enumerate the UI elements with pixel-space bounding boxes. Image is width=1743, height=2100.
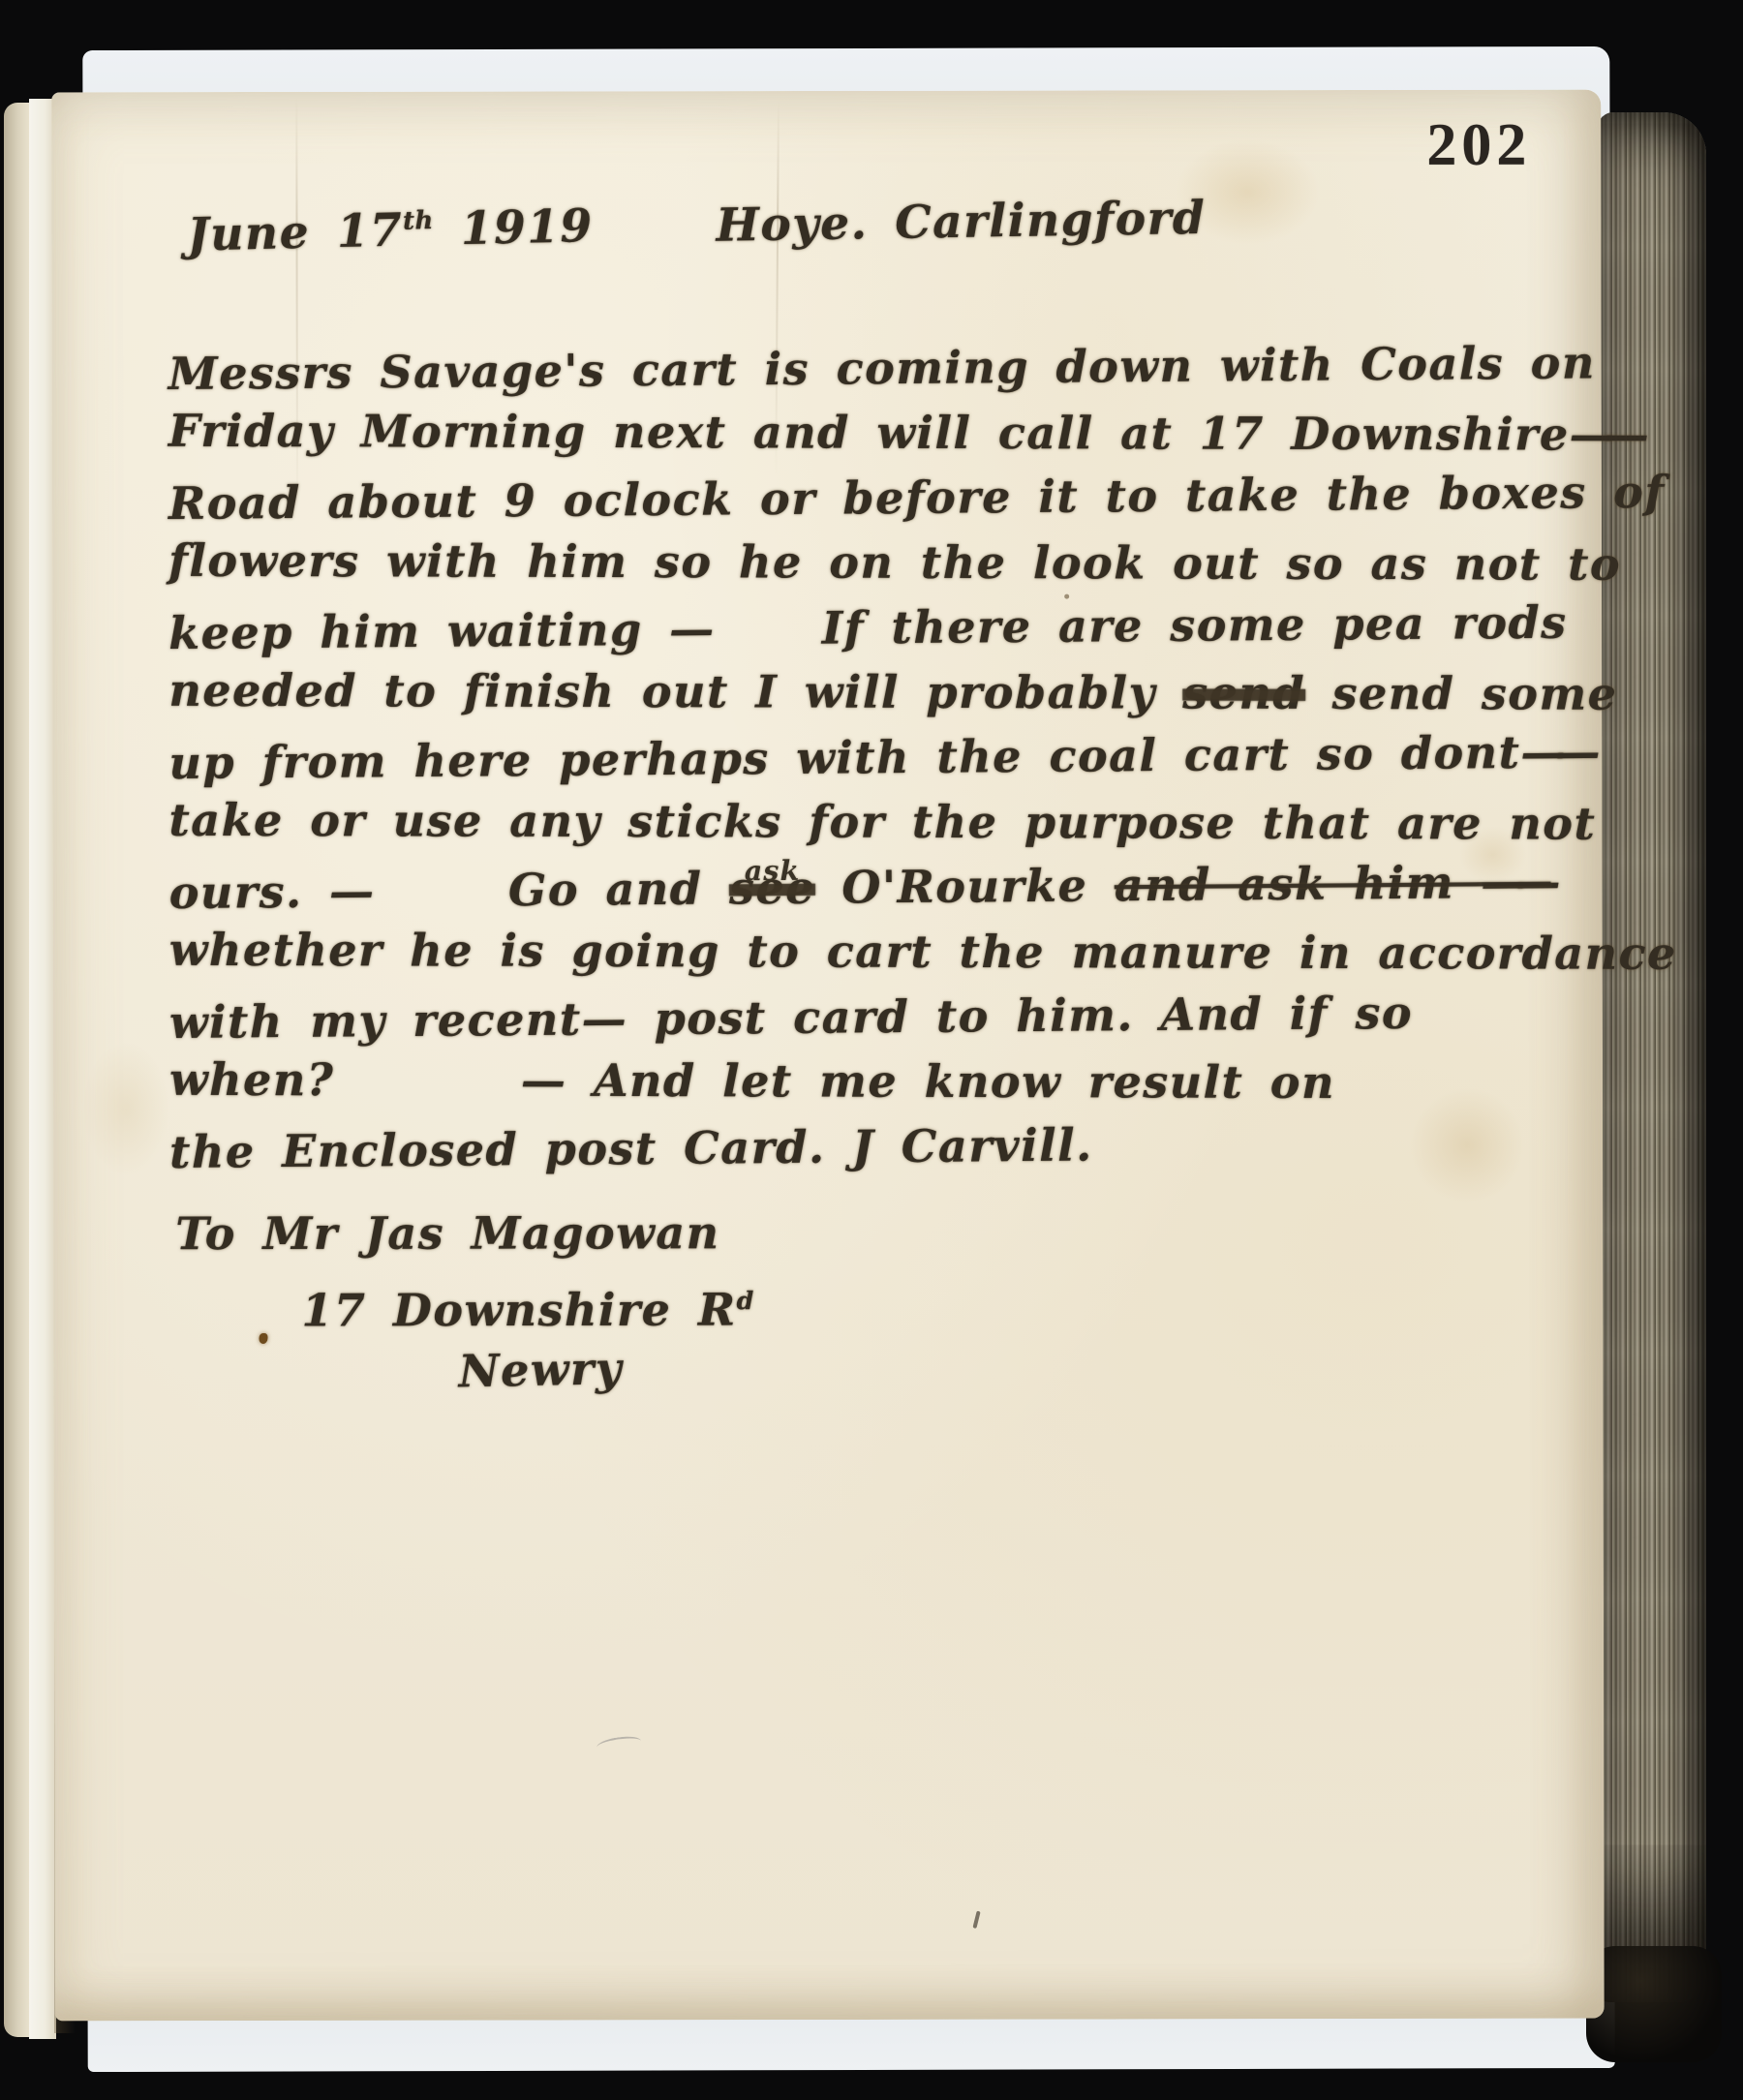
text-segment: —— [1520, 725, 1590, 778]
page-number: 202 [1426, 111, 1531, 180]
letter-line: flowers with him so he on the look out s… [168, 530, 1676, 598]
text-segment: the Enclosed post Card. J Carvill. [169, 1118, 1093, 1177]
text-segment: Road about 9 oclock or before it to take… [168, 466, 1666, 530]
address-line: 17 Downshire Rd [301, 1268, 754, 1337]
letter-line: keep him waiting — If there are some pea… [168, 591, 1677, 667]
text-segment: take or use any sticks for the purpose t… [169, 794, 1597, 850]
letter-page: 202 June 17th 1919 Hoye. Carlingford Mes… [51, 90, 1604, 2022]
pencil-mark [596, 1734, 642, 1753]
letter-line: up from here perhaps with the coal cart … [168, 720, 1677, 797]
address-line: Newry [458, 1333, 755, 1407]
letter-line: ours. — Go and seeask O'Rourke and ask h… [168, 850, 1677, 927]
cover-corner-shadow [1586, 1946, 1722, 2062]
corrected-word: seeask [729, 857, 815, 920]
facing-page-edge [4, 103, 29, 2037]
text-segment: keep him waiting — If there are some pea… [168, 596, 1568, 659]
text-segment: with my recent— post card to him. And if… [169, 987, 1414, 1049]
letter-body: Messrs Savage's cart is coming down with… [168, 335, 1678, 1181]
address-line: To Mr Jas Magowan [175, 1201, 754, 1269]
date-line: June 17th 1919 [187, 199, 594, 261]
paper-stain [82, 1041, 169, 1176]
letter-line: whether he is going to cart the manure i… [169, 919, 1677, 988]
text-segment: To Mr Jas Magowan [175, 1206, 719, 1260]
ink-flick [972, 1911, 980, 1929]
text-segment: and ask him [1115, 856, 1482, 911]
text-segment: up from here perhaps with the coal cart … [168, 726, 1520, 789]
place-line: Hoye. Carlingford [716, 192, 1207, 253]
letter-line: when? — And let me know result on [169, 1049, 1677, 1117]
letter-line: needed to finish out I will probably sen… [168, 659, 1676, 728]
text-segment: Messrs Savage's cart is coming down with… [168, 336, 1596, 400]
text-segment: Friday Morning next and will call at 17 … [168, 405, 1570, 461]
address-block: To Mr Jas Magowan17 Downshire RdNewry [175, 1201, 754, 1405]
text-segment: 1919 [433, 199, 594, 257]
letter-line: Messrs Savage's cart is coming down with… [168, 331, 1677, 408]
letter-line: the Enclosed post Card. J Carvill. [169, 1110, 1678, 1186]
text-segment: O'Rourke [815, 859, 1115, 913]
scanned-letter-book-photo: { "page": { "number": "202" }, "header":… [0, 0, 1743, 2100]
text-segment: 17 Downshire R [301, 1284, 736, 1337]
text-segment: needed to finish out I will probably [168, 664, 1182, 719]
text-segment: th [403, 206, 434, 236]
text-segment: send some [1305, 667, 1617, 720]
letter-line: Friday Morning next and will call at 17 … [168, 400, 1676, 469]
text-segment: send [1182, 667, 1305, 719]
letter-line: take or use any sticks for the purpose t… [168, 789, 1676, 858]
text-segment: when? — And let me know result on [169, 1053, 1335, 1109]
text-segment: —— [1570, 409, 1639, 461]
letter-line: with my recent— post card to him. And if… [169, 980, 1678, 1056]
text-segment: ours. — Go and [168, 862, 729, 919]
inserted-word: ask [745, 839, 801, 901]
text-segment: Newry [458, 1342, 623, 1397]
text-segment: June 17 [187, 203, 404, 261]
text-segment: —— [1481, 856, 1550, 909]
text-segment: d [737, 1286, 754, 1315]
text-segment: whether he is going to cart the manure i… [169, 924, 1677, 980]
text-segment: flowers with him so he on the look out s… [168, 534, 1621, 591]
letter-line: Road about 9 oclock or before it to take… [168, 461, 1677, 537]
